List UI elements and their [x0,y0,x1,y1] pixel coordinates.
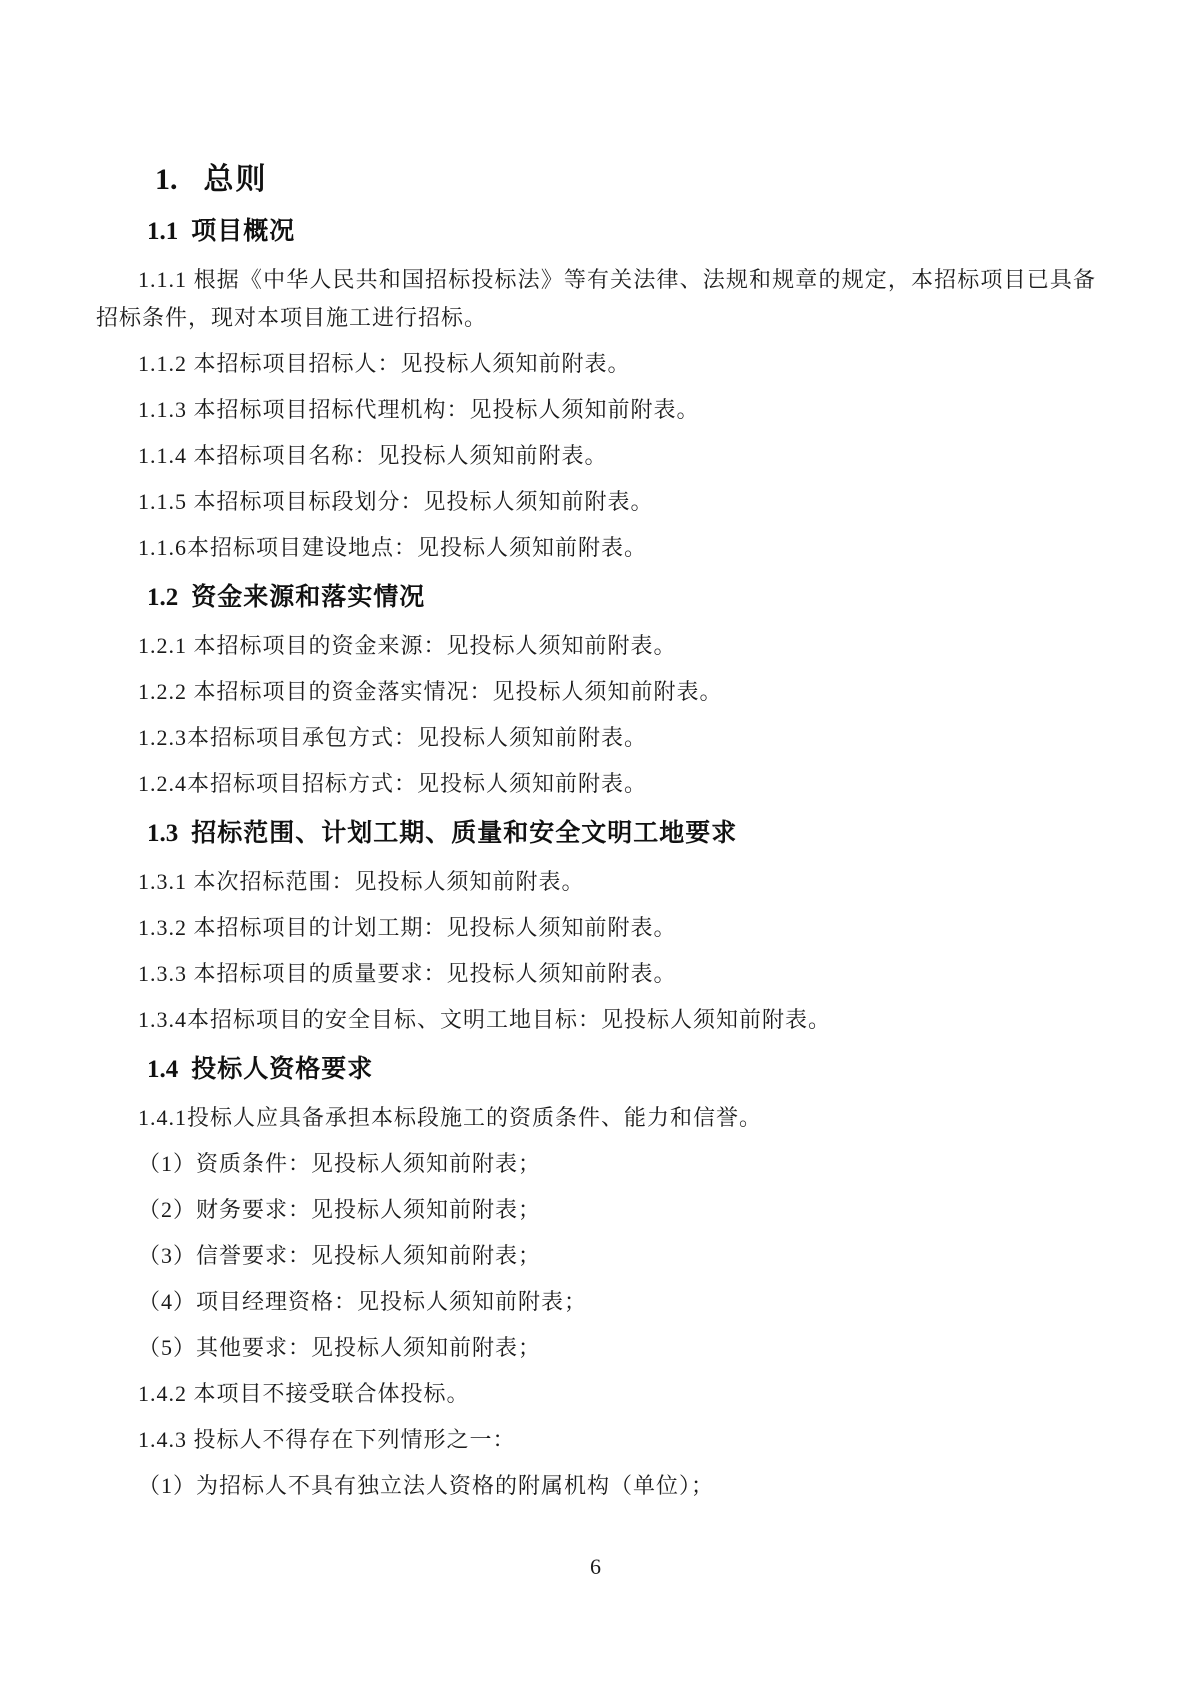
page-footer: 6 [0,1552,1191,1582]
section-heading-text: 项目概况 [191,218,295,245]
clause-1-4-3-item-1: （1）为招标人不具有独立法人资格的附属机构（单位）； [96,1467,1096,1505]
clause-1-1-2: 1.1.2 本招标项目招标人：见投标人须知前附表。 [96,345,1096,383]
section-heading-1-4: 1.4投标人资格要求 [147,1047,1096,1093]
section-heading-text: 招标范围、计划工期、质量和安全文明工地要求 [191,820,737,847]
clause-1-2-2: 1.2.2 本招标项目的资金落实情况：见投标人须知前附表。 [96,673,1096,711]
section-heading-1-1: 1.1项目概况 [147,209,1096,255]
section-number: 1.2 [147,584,178,611]
section-number: 1.3 [147,820,178,847]
clause-1-3-4: 1.3.4本招标项目的安全目标、文明工地目标：见投标人须知前附表。 [96,1001,1096,1039]
clause-1-3-1: 1.3.1 本次招标范围：见投标人须知前附表。 [96,863,1096,901]
chapter-title-text: 总则 [204,163,268,196]
clause-1-4-1-item-1: （1）资质条件：见投标人须知前附表； [96,1145,1096,1183]
page-number: 6 [590,1554,601,1579]
clause-1-2-1: 1.2.1 本招标项目的资金来源：见投标人须知前附表。 [96,627,1096,665]
section-heading-text: 投标人资格要求 [191,1056,373,1083]
clause-1-4-2: 1.4.2 本项目不接受联合体投标。 [96,1375,1096,1413]
clause-1-4-1-item-3: （3）信誉要求：见投标人须知前附表； [96,1237,1096,1275]
clause-1-3-3: 1.3.3 本招标项目的质量要求：见投标人须知前附表。 [96,955,1096,993]
clause-1-1-1: 1.1.1 根据《中华人民共和国招标投标法》等有关法律、法规和规章的规定，本招标… [96,261,1096,337]
clause-1-1-4: 1.1.4 本招标项目名称：见投标人须知前附表。 [96,437,1096,475]
clause-1-2-3: 1.2.3本招标项目承包方式：见投标人须知前附表。 [96,719,1096,757]
chapter-heading: 1.总则 [155,155,1096,205]
chapter-number: 1. [155,163,178,196]
document-content: 1.总则 1.1项目概况 1.1.1 根据《中华人民共和国招标投标法》等有关法律… [96,155,1096,1513]
clause-1-4-1-item-4: （4）项目经理资格：见投标人须知前附表； [96,1283,1096,1321]
clause-1-4-3: 1.4.3 投标人不得存在下列情形之一： [96,1421,1096,1459]
clause-1-4-1-item-5: （5）其他要求：见投标人须知前附表； [96,1329,1096,1367]
section-number: 1.1 [147,218,178,245]
section-bidder-qualification: 1.4投标人资格要求 1.4.1投标人应具备承担本标段施工的资质条件、能力和信誉… [96,1047,1096,1505]
clause-1-4-1: 1.4.1投标人应具备承担本标段施工的资质条件、能力和信誉。 [96,1099,1096,1137]
section-funding: 1.2资金来源和落实情况 1.2.1 本招标项目的资金来源：见投标人须知前附表。… [96,575,1096,803]
section-scope-schedule-quality: 1.3招标范围、计划工期、质量和安全文明工地要求 1.3.1 本次招标范围：见投… [96,811,1096,1039]
clause-1-2-4: 1.2.4本招标项目招标方式：见投标人须知前附表。 [96,765,1096,803]
section-heading-1-2: 1.2资金来源和落实情况 [147,575,1096,621]
section-heading-text: 资金来源和落实情况 [191,584,425,611]
clause-1-4-1-item-2: （2）财务要求：见投标人须知前附表； [96,1191,1096,1229]
clause-1-1-3: 1.1.3 本招标项目招标代理机构：见投标人须知前附表。 [96,391,1096,429]
clause-1-3-2: 1.3.2 本招标项目的计划工期：见投标人须知前附表。 [96,909,1096,947]
clause-1-1-6: 1.1.6本招标项目建设地点：见投标人须知前附表。 [96,529,1096,567]
clause-1-1-5: 1.1.5 本招标项目标段划分：见投标人须知前附表。 [96,483,1096,521]
section-heading-1-3: 1.3招标范围、计划工期、质量和安全文明工地要求 [147,811,1096,857]
document-page: 1.总则 1.1项目概况 1.1.1 根据《中华人民共和国招标投标法》等有关法律… [0,0,1191,1684]
section-project-overview: 1.1项目概况 1.1.1 根据《中华人民共和国招标投标法》等有关法律、法规和规… [96,209,1096,567]
section-number: 1.4 [147,1056,178,1083]
